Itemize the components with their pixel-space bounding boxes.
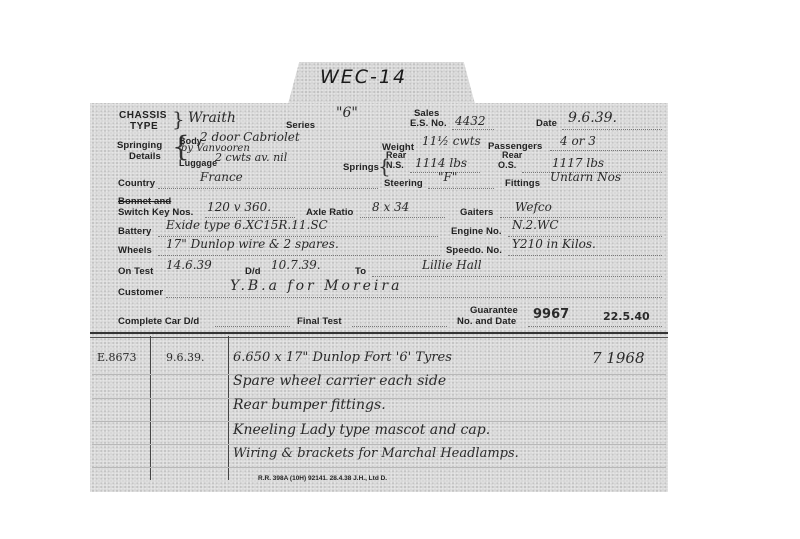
springs-label: Springs xyxy=(343,162,379,173)
rear-ns-value: 1114 lbs xyxy=(415,156,467,170)
switch-key-label: Switch Key Nos. xyxy=(118,207,193,218)
entry-date: 9.6.39. xyxy=(166,351,204,364)
guarantee-number: 9967 xyxy=(533,307,569,322)
final-test-label: Final Test xyxy=(297,316,342,327)
series-value: "6" xyxy=(336,105,358,121)
chassis-type-value: Wraith xyxy=(188,110,236,126)
country-label: Country xyxy=(118,178,155,189)
fittings-label: Fittings xyxy=(505,178,540,189)
rear-os-value: 1117 lbs xyxy=(552,156,604,170)
customer-label: Customer xyxy=(118,287,163,298)
battery-value: Exide type 6.XC15R.11.SC xyxy=(166,218,328,232)
on-test-label: On Test xyxy=(118,266,153,277)
chassis-type-label-2: TYPE xyxy=(130,121,158,132)
rear-os-label-2: O.S. xyxy=(498,161,516,170)
rear-os-label: Rear xyxy=(502,151,522,160)
complete-car-dd-label: Complete Car D/d xyxy=(118,316,199,327)
wheels-value: 17" Dunlop wire & 2 spares. xyxy=(166,237,339,251)
body-value: 2 door Cabriolet xyxy=(200,130,300,144)
date-value: 9.6.39. xyxy=(568,110,617,126)
section-divider xyxy=(90,332,668,338)
es-no-label: E.S. No. xyxy=(410,118,447,129)
print-reference: R.R. 398A (10H) 92141. 28.4.38 J.H., Ltd… xyxy=(258,475,387,482)
guarantee-no-date-label: No. and Date xyxy=(457,316,516,327)
entry-line: 6.650 x 17" Dunlop Fort '6' Tyres xyxy=(233,350,452,365)
column-divider xyxy=(150,336,151,480)
entry-line: Rear bumper fittings. xyxy=(233,397,386,413)
on-test-value: 14.6.39 xyxy=(166,258,212,272)
rear-ns-label: Rear xyxy=(386,151,406,160)
gaiters-label: Gaiters xyxy=(460,207,493,218)
to-label: To xyxy=(355,266,366,277)
wheels-label: Wheels xyxy=(118,245,152,256)
details-label: Details xyxy=(129,151,161,162)
card-tab-label: WEC-14 xyxy=(320,66,407,88)
engine-no-value: N.2.WC xyxy=(512,218,559,232)
steering-value: "F" xyxy=(438,170,457,184)
speedo-no-label: Speedo. No. xyxy=(446,245,502,256)
customer-value: Y.B.a for Moreira xyxy=(230,278,402,294)
axle-ratio-label: Axle Ratio xyxy=(306,207,353,218)
date-label: Date xyxy=(536,118,557,129)
entry-line: Kneeling Lady type mascot and cap. xyxy=(233,422,490,438)
luggage-value: 2 cwts av. nil xyxy=(215,151,287,164)
to-value: Lillie Hall xyxy=(422,258,482,272)
country-value: France xyxy=(200,170,243,184)
entry-ref: E.8673 xyxy=(97,351,137,364)
guarantee-label: Guarantee xyxy=(470,305,518,316)
chassis-type-label: CHASSIS xyxy=(119,110,167,121)
speedo-no-value: Y210 in Kilos. xyxy=(512,237,596,251)
entry-line: Spare wheel carrier each side xyxy=(233,373,446,389)
rear-ns-label-2: N.S. xyxy=(386,161,404,170)
fittings-value: Untarn Nos xyxy=(550,170,621,184)
es-no-value: 4432 xyxy=(455,114,486,128)
bonnet-and-label-struck: Bonnet and xyxy=(118,196,171,207)
entry-annotation: 7 1968 xyxy=(592,349,645,367)
gaiters-value: Wefco xyxy=(515,200,552,214)
passengers-value: 4 or 3 xyxy=(560,134,596,148)
brace-icon: } xyxy=(172,108,185,130)
dd-label: D/d xyxy=(245,266,261,277)
dd-value: 10.7.39. xyxy=(271,258,321,272)
guarantee-date: 22.5.40 xyxy=(603,310,650,323)
springing-label: Springing xyxy=(117,140,162,151)
column-divider xyxy=(228,336,229,480)
luggage-label: Luggage xyxy=(179,159,217,168)
weight-value: 11½ cwts xyxy=(422,134,481,148)
engine-no-label: Engine No. xyxy=(451,226,502,237)
axle-ratio-value: 8 x 34 xyxy=(372,200,409,214)
entry-line: Wiring & brackets for Marchal Headlamps. xyxy=(233,446,519,461)
steering-label: Steering xyxy=(384,178,423,189)
switch-key-value: 120 v 360. xyxy=(207,200,271,214)
battery-label: Battery xyxy=(118,226,151,237)
